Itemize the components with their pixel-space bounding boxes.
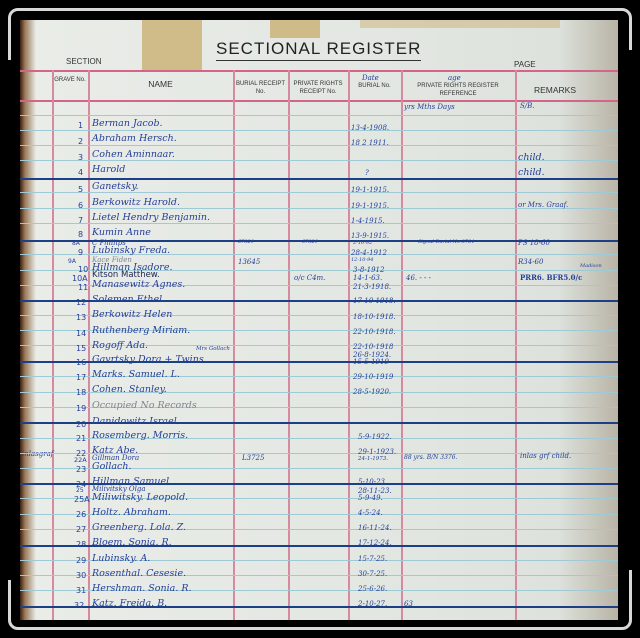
col-header-private-rights-receipt: PRIVATE RIGHTS RECEIPT No. <box>288 80 348 96</box>
header-annotation-remarks: S/B. <box>520 102 535 110</box>
page-label: PAGE <box>514 60 536 69</box>
tape-stain <box>142 20 202 72</box>
register-page: SECTIONAL REGISTER SECTION PAGE GRAVE No… <box>20 20 618 620</box>
col-annotation-age: age <box>448 74 461 82</box>
col-header-remarks: REMARKS <box>515 86 595 94</box>
water-stain <box>360 20 560 28</box>
col-header-burial-receipt: BURIAL RECEIPT No. <box>233 80 288 96</box>
page-title: SECTIONAL REGISTER <box>216 39 421 61</box>
header-annotation-age-units: yrs Mths Days <box>404 103 455 111</box>
col-header-name: NAME <box>88 80 233 88</box>
col-annotation-date: Date <box>362 74 379 82</box>
section-label: SECTION <box>66 57 102 66</box>
tape-stain <box>270 20 320 38</box>
col-header-grave-no: GRAVE No. <box>52 76 88 84</box>
header-top-rule <box>20 70 618 72</box>
margin-note: inlasgraf <box>22 450 53 458</box>
col-header-burial-no: BURIAL No. <box>348 82 401 90</box>
col-header-register-ref: PRIVATE RIGHTS REGISTER REFERENCE <box>401 82 515 98</box>
